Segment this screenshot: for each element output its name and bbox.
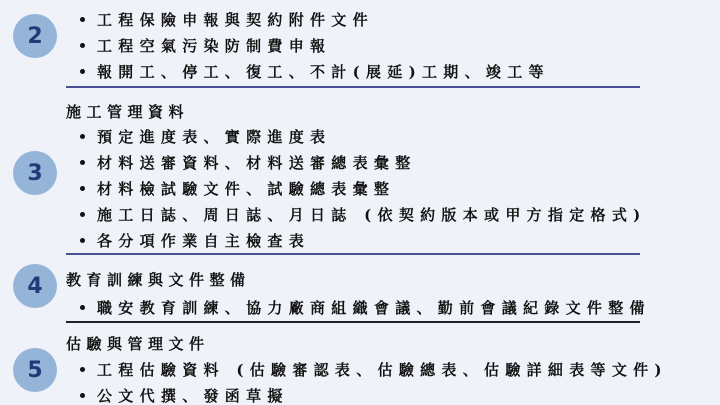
item-text: 各分項作業自主檢查表 [97,230,310,251]
item-text: 工程保險申報與契約附件文件 [97,9,374,30]
section-number-badge: 2 [13,14,57,58]
item-text: 公文代撰、發函草擬 [97,385,289,405]
bullet-icon [80,160,85,165]
bullet-icon [80,393,85,398]
section-divider [66,253,640,255]
item-text: 工程空氣污染防制費申報 [97,35,331,56]
section-title: 施工管理資料 [66,101,189,122]
list-item: 施工日誌、周日誌、月日誌 (依契約版本或甲方指定格式) [80,204,647,225]
list-item: 報開工、停工、復工、不計(展延)工期、竣工等 [80,61,550,82]
item-text: 工程估驗資料 (估驗審認表、估驗總表、估驗詳細表等文件) [97,359,668,380]
bullet-icon [80,134,85,139]
bullet-icon [80,17,85,22]
section-title: 教育訓練與文件整備 [66,269,251,290]
bullet-icon [80,212,85,217]
section-divider [66,321,640,323]
bullet-icon [80,43,85,48]
bullet-icon [80,305,85,310]
item-text: 報開工、停工、復工、不計(展延)工期、竣工等 [97,61,550,82]
bullet-icon [80,69,85,74]
list-item: 工程空氣污染防制費申報 [80,35,331,56]
bullet-icon [80,367,85,372]
list-item: 工程估驗資料 (估驗審認表、估驗總表、估驗詳細表等文件) [80,359,668,380]
item-text: 施工日誌、周日誌、月日誌 (依契約版本或甲方指定格式) [97,204,647,225]
item-text: 預定進度表、實際進度表 [97,126,331,147]
list-item: 公文代撰、發函草擬 [80,385,289,405]
item-text: 材料送審資料、材料送審總表彙整 [97,152,417,173]
bullet-icon [80,238,85,243]
list-item: 材料送審資料、材料送審總表彙整 [80,152,417,173]
section-title: 估驗與管理文件 [66,333,210,354]
list-item: 工程保險申報與契約附件文件 [80,9,374,30]
list-item: 各分項作業自主檢查表 [80,230,310,251]
section-number-badge: 5 [13,348,57,392]
item-text: 職安教育訓練、協力廠商組織會議、勤前會議紀錄文件整備 [97,297,651,318]
section-number-badge: 3 [13,151,57,195]
item-text: 材料檢試驗文件、試驗總表彙整 [97,178,395,199]
list-item: 預定進度表、實際進度表 [80,126,331,147]
section-number-badge: 4 [13,264,57,308]
list-item: 材料檢試驗文件、試驗總表彙整 [80,178,395,199]
list-item: 職安教育訓練、協力廠商組織會議、勤前會議紀錄文件整備 [80,297,651,318]
section-divider [66,86,640,88]
bullet-icon [80,186,85,191]
